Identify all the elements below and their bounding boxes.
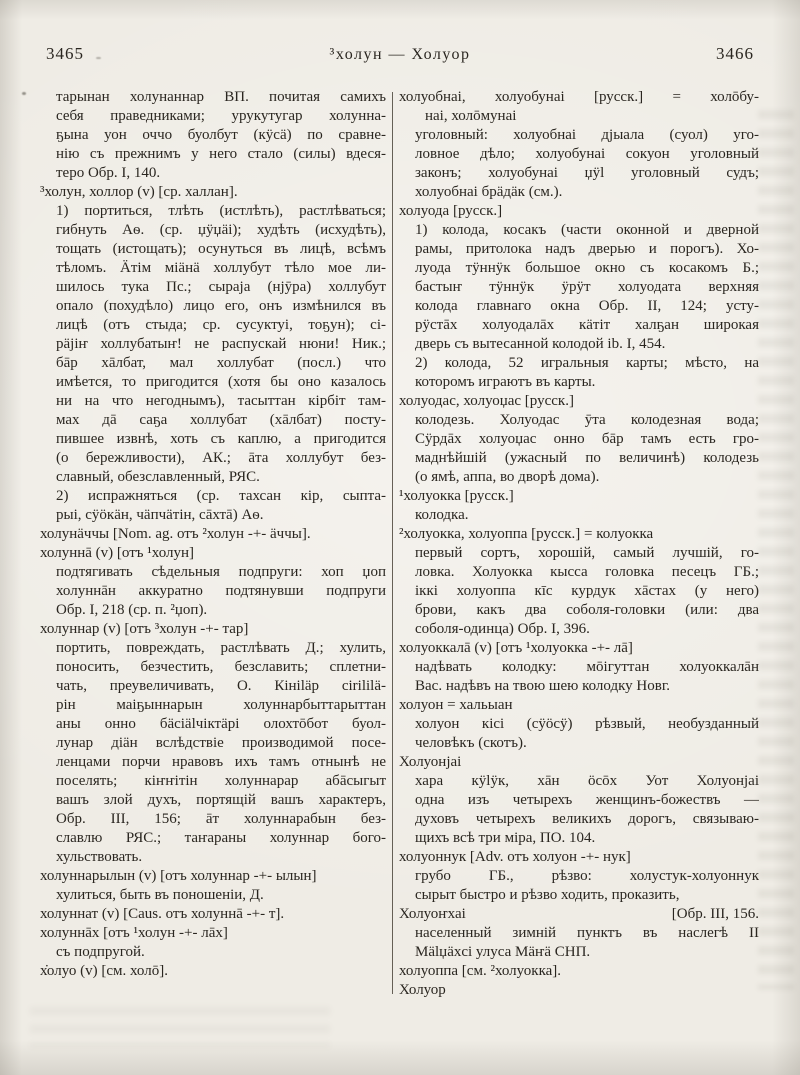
text-line: надѣвать колодку: мōiгуттан холуоккалāн: [399, 658, 759, 677]
left-column: тарынан холунаннар ВП. почитая самихъсеб…: [40, 88, 386, 1000]
definition-block: хара кӱlӱк, хāн ӧсōх Уот Холуонjаіодна и…: [399, 772, 759, 848]
headword-line: Холуор: [399, 981, 759, 1000]
definition-block: 2) колода, 52 игральныя карты; мѣсто, на…: [399, 354, 759, 392]
headword-line: холуоппа [см. ²холуокка].: [399, 962, 759, 981]
dictionary-entry-headline: холуннāх [отъ ¹холун -+- лāх]: [40, 924, 386, 943]
dictionary-entry-headline: х̇олуо (v) [см. холō].: [40, 962, 386, 981]
text-line: одна изъ четырехъ женщинъ-божествъ —: [399, 791, 759, 810]
headword-line: х̇олуо (v) [см. холō].: [40, 962, 386, 981]
definition-block: съ подпругой.: [40, 943, 386, 962]
column-divider-rule: [392, 92, 393, 994]
text-line: 1) портиться, тлѣть (истлѣть), растлѣват…: [40, 202, 386, 221]
headword-line: ²холуокка, холуоппа [русск.] = колуокка: [399, 525, 759, 544]
text-line: хара кӱlӱк, хāн ӧсōх Уот Холуонjаі: [399, 772, 759, 791]
text-line: сырыт быстро и рѣзво ходить, проказить,: [399, 886, 759, 905]
headword-line: холуода [русск.]: [399, 202, 759, 221]
headword-line: ³холун, холлор (v) [ср. халлан].: [40, 183, 386, 202]
text-line: теро Обр. I, 140.: [40, 164, 386, 183]
text-line: шилось тука Пс.; сыраjа (нjӯра) холлубут: [40, 278, 386, 297]
dictionary-entry-headline: холуннар (v) [отъ ³холун -+- тар]: [40, 620, 386, 639]
text-line: (о бережливости), АК.; āта холлубут без-: [40, 449, 386, 468]
text-line: Обр. I, 218 (ср. п. ²џоп).: [40, 601, 386, 620]
definition-block: 2) испражняться (ср. тахсан кiр, сыпта-р…: [40, 487, 386, 525]
dictionary-entry-headline: холуон = хальыан: [399, 696, 759, 715]
text-line: населенный зимній пунктъ въ наслегѣ II: [399, 924, 759, 943]
text-line: поносить, безчестить, безславить; сплетн…: [40, 658, 386, 677]
headword-line: холуннā (v) [отъ ¹холун]: [40, 544, 386, 563]
text-line: хулиться, быть въ поношеніи, Д.: [40, 886, 386, 905]
text-line: Сӱрдāх холуоџас онно бāр тамъ есть гро-: [399, 430, 759, 449]
definition-block: подтягивать сѣдельныя подпруги: хоп џопх…: [40, 563, 386, 620]
citation-ref: [Обр. III, 156.: [672, 905, 759, 924]
text-line: съ подпругой.: [40, 943, 386, 962]
text-line: Вас. надѣвъ на твою шею колодку Новг.: [399, 677, 759, 696]
headword-line: холуоккалā (v) [отъ ¹холуокка -+- лā]: [399, 639, 759, 658]
text-line: аны онно бӓciӓlчiктӓрi олохтōбот буол-: [40, 715, 386, 734]
text-line: 1) колода, косакъ (части оконной и дверн…: [399, 221, 759, 240]
text-line: мах дā саҕа холлубат (хāлбат) посту-: [40, 411, 386, 430]
text-line: щихъ всѣ три мiра, ПО. 104.: [399, 829, 759, 848]
text-line: iккi холуоппа кīс курдук хāстах (у него): [399, 582, 759, 601]
dictionary-entry-headline: холуннā (v) [отъ ¹холун]: [40, 544, 386, 563]
text-line: ловное дѣло; холуобунаі сокуон уголовный: [399, 145, 759, 164]
text-line: холуннāн аккуратно подтянувши подпруги: [40, 582, 386, 601]
text-line: опало (похудѣло) лицо его, онъ измѣнился…: [40, 297, 386, 316]
definition-block: холуон кici (сӱӧсӱ) рѣзвый, необузданный…: [399, 715, 759, 753]
text-line: поселять; кiҥҥiтiн холуннарар абāсыгыт: [40, 772, 386, 791]
definition-block: надѣвать колодку: мōiгуттан холуоккалāнВ…: [399, 658, 759, 696]
text-line: маднѣйшій (ужасный по величинѣ) колодезь: [399, 449, 759, 468]
headword-line: холуннат (v) [Caus. отъ холуннā -+- т].: [40, 905, 386, 924]
headword-line: холуннāх [отъ ¹холун -+- лāх]: [40, 924, 386, 943]
scan-speck: [22, 92, 26, 95]
definition-block: первый сортъ, хорошій, самый лучшій, го-…: [399, 544, 759, 639]
text-line: 2) колода, 52 игральныя карты; мѣсто, на: [399, 354, 759, 373]
definition-block: хулиться, быть въ поношеніи, Д.: [40, 886, 386, 905]
dictionary-entry-headline: холуода [русск.]: [399, 202, 759, 221]
text-line: ловка. Холуокка кысса головка песецъ ГБ.…: [399, 563, 759, 582]
bleed-through-texture: [758, 110, 794, 990]
dictionary-page-scan: 3465 ³холун — Холуор 3466 тарынан холуна…: [0, 0, 800, 1075]
text-line: рамы, притолока надъ дверью и порогъ). Х…: [399, 240, 759, 259]
dictionary-entry-headline: холуоккалā (v) [отъ ¹холуокка -+- лā]: [399, 639, 759, 658]
headword-line: холуннар (v) [отъ ³холун -+- тар]: [40, 620, 386, 639]
definition-block: 1) колода, косакъ (части оконной и дверн…: [399, 221, 759, 354]
text-line: пившее извнѣ, хоть съ каплю, а пригодитс…: [40, 430, 386, 449]
text-line: рiн маiҕыннарын холуннарбыттарыттан: [40, 696, 386, 715]
text-line: рӓjiҥ холлубатыҥ! не распускай нюни! Ник…: [40, 335, 386, 354]
dictionary-entry-headline: Холуонjаі: [399, 753, 759, 772]
text-line: тарынан холунаннар ВП. почитая самихъ: [40, 88, 386, 107]
definition-block: 1) портиться, тлѣть (истлѣть), растлѣват…: [40, 202, 386, 487]
text-line: нію съ прежнимъ у него стало (силы) вдес…: [40, 145, 386, 164]
headword-line: холуодас, холуоџас [русск.]: [399, 392, 759, 411]
page-number-left: 3465: [46, 44, 156, 64]
text-line: духовъ четырехъ великихъ дорогъ, связыва…: [399, 810, 759, 829]
text-line: славный, обезславленный, РЯС.: [40, 468, 386, 487]
text-line: тощать (истощать); осунуться въ лицѣ, вс…: [40, 240, 386, 259]
text-line: ни на что негоднымъ), тасыттан кiрбiт та…: [40, 392, 386, 411]
dictionary-entry-headline: холуоннук [Adv. отъ холуон -+- нук]: [399, 848, 759, 867]
definition-block: населенный зимній пунктъ въ наслегѣ IIМӓ…: [399, 924, 759, 962]
text-line: первый сортъ, хорошій, самый лучшій, го-: [399, 544, 759, 563]
dictionary-entry-headline: холуннарылын (v) [отъ холуннар -+- ылын]: [40, 867, 386, 886]
headword-line: холуннарылын (v) [отъ холуннар -+- ылын]: [40, 867, 386, 886]
text-columns: тарынан холунаннар ВП. почитая самихъсеб…: [40, 88, 759, 1000]
page-header: 3465 ³холун — Холуор 3466: [0, 44, 800, 64]
page-number-right: 3466: [644, 44, 754, 64]
text-line: Обр. III, 156; āт холуннарабын без-: [40, 810, 386, 829]
text-line: лунар дiӓн вслѣдствіе производимой посе-: [40, 734, 386, 753]
headword: Холуоҥхаі: [399, 905, 466, 924]
text-line: рыі, сӱӧкӓн, чӓпчӓтiн, сāхтā) Аѳ.: [40, 506, 386, 525]
text-line: законъ; холуобунаі џӱl уголовный судъ;: [399, 164, 759, 183]
text-line: которомъ играютъ въ карты.: [399, 373, 759, 392]
text-line: рӱстāх холуодалāх кӓтiт халҕан широкая: [399, 316, 759, 335]
text-line: человѣкъ (скотъ).: [399, 734, 759, 753]
text-line: хульствовать.: [40, 848, 386, 867]
text-line: чать, преувеличивать, О. Кiнilӓр cirilil…: [40, 677, 386, 696]
definition-block: колодка.: [399, 506, 759, 525]
text-line: соболя-одинца) Обр. I, 396.: [399, 620, 759, 639]
text-line: подтягивать сѣдельныя подпруги: хоп џоп: [40, 563, 386, 582]
headword-line: холуоннук [Adv. отъ холуон -+- нук]: [399, 848, 759, 867]
text-line: колодезь. Холуодас ӯта колодезная вода;: [399, 411, 759, 430]
headword-line: Холуонjаі: [399, 753, 759, 772]
headword-line: ¹холуокка [русск.]: [399, 487, 759, 506]
text-line: тѣломъ. Ӓтiм мiӓнӓ холлубут тѣло мое ли-: [40, 259, 386, 278]
text-line: бāр хāлбат, мал холлубат (посл.) что: [40, 354, 386, 373]
text-line: уголовный: холуобнаі дjыала (суол) уго-: [399, 126, 759, 145]
definition-block: портить, повреждать, растлѣвать Д.; хули…: [40, 639, 386, 867]
running-title: ³холун — Холуор: [156, 46, 644, 64]
text-line: имѣется, то пригодится (хотя бы оно каза…: [40, 373, 386, 392]
headword-line: холунӓччы [Nom. ag. отъ ²холун -+- ӓччы]…: [40, 525, 386, 544]
headword-line: холуобнаі, холуобунаі [русск.] = холōбу-: [399, 88, 759, 107]
dictionary-entry-headline: ¹холуокка [русск.]: [399, 487, 759, 506]
headword-line: холуон = хальыан: [399, 696, 759, 715]
headword-with-citation: Холуоҥхаі[Обр. III, 156.: [399, 905, 759, 924]
definition-block: грубо ГБ., рѣзво: холустук-холуоннуксыры…: [399, 867, 759, 905]
text-line: гибнуть Аѳ. (ср. џӱџӓі); худѣть (исхудѣт…: [40, 221, 386, 240]
right-column: холуобнаі, холуобунаі [русск.] = холōбу-…: [399, 88, 759, 1000]
dictionary-entry-headline: Холуор: [399, 981, 759, 1000]
text-line: брови, какъ два соболя-головки (или: два: [399, 601, 759, 620]
dictionary-entry-headline: Холуоҥхаі[Обр. III, 156.: [399, 905, 759, 924]
text-line: портить, повреждать, растлѣвать Д.; хули…: [40, 639, 386, 658]
dictionary-entry-headline: холуоппа [см. ²холуокка].: [399, 962, 759, 981]
definition-block: колодезь. Холуодас ӯта колодезная вода;С…: [399, 411, 759, 487]
text-line: колодка.: [399, 506, 759, 525]
text-line: славлю РЯС.; таҥараны холуннар бого-: [40, 829, 386, 848]
dictionary-entry-headline: холунӓччы [Nom. ag. отъ ²холун -+- ӓччы]…: [40, 525, 386, 544]
text-line: (о ямѣ, аппа, во дворѣ дома).: [399, 468, 759, 487]
dictionary-entry-headline: холуодас, холуоџас [русск.]: [399, 392, 759, 411]
dictionary-entry-headline: ³холун, холлор (v) [ср. халлан].: [40, 183, 386, 202]
text-line: бастыҥ тӱннӱк ӱрӱт холуодата верхняя: [399, 278, 759, 297]
text-line: холуобнаі брӓдӓк (см.).: [399, 183, 759, 202]
dictionary-entry-headline: ²холуокка, холуоппа [русск.] = колуокка: [399, 525, 759, 544]
text-line: лицѣ (отъ стыда; ср. сусуктуі, тоҕун); с…: [40, 316, 386, 335]
text-line: ленцами порчи нравовъ ихъ тамъ отнынѣ не: [40, 753, 386, 772]
text-line: 2) испражняться (ср. тахсан кiр, сыпта-: [40, 487, 386, 506]
definition-block: уголовный: холуобнаі дjыала (суол) уго-л…: [399, 126, 759, 202]
text-line: луода тӱннӱк большое окно съ косакомъ Б.…: [399, 259, 759, 278]
text-line: наі, холōмунаі: [399, 107, 759, 126]
dictionary-entry-headline: холуобнаі, холуобунаі [русск.] = холōбу-…: [399, 88, 759, 126]
bleed-through-texture-bottom: [30, 1007, 330, 1047]
continuation-paragraph: тарынан холунаннар ВП. почитая самихъсеб…: [40, 88, 386, 183]
dictionary-entry-headline: холуннат (v) [Caus. отъ холуннā -+- т].: [40, 905, 386, 924]
text-line: грубо ГБ., рѣзво: холустук-холуоннук: [399, 867, 759, 886]
text-line: Мӓlџӓхci улуса Мӓҥӓ СНП.: [399, 943, 759, 962]
text-line: колода главнаго окна Обр. II, 124; усту-: [399, 297, 759, 316]
text-line: холуон кici (сӱӧсӱ) рѣзвый, необузданный: [399, 715, 759, 734]
text-line: вашъ злой духъ, портящій вашъ характеръ,: [40, 791, 386, 810]
text-line: ҕына уон оччо буолбут (кӱсӓ) по сравне-: [40, 126, 386, 145]
text-line: себя праведниками; урукутугар холунна-: [40, 107, 386, 126]
text-line: дверь съ вытесанной колодой ib. I, 454.: [399, 335, 759, 354]
